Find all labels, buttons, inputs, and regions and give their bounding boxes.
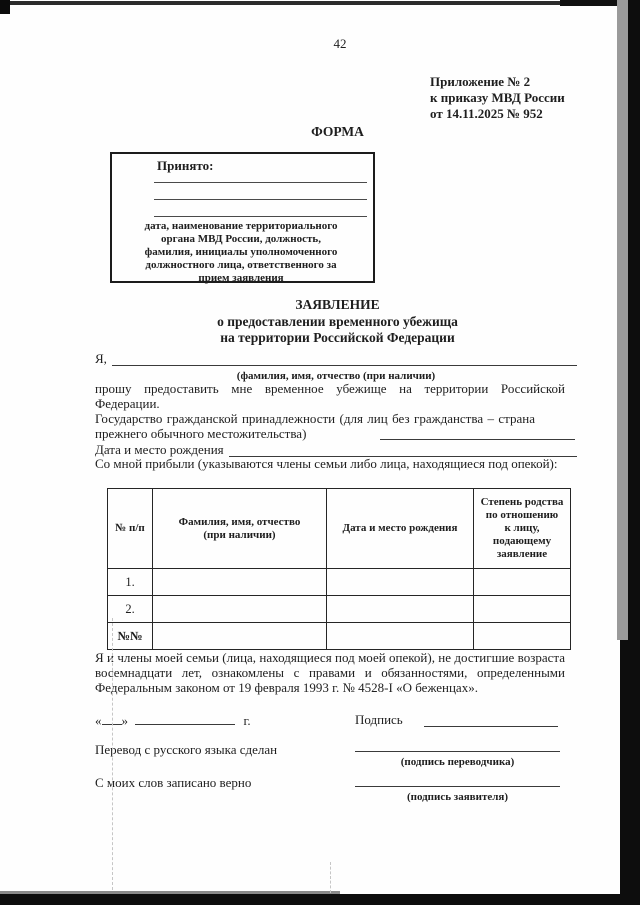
name-field-line bbox=[112, 351, 577, 366]
translator-caption: (подпись переводчика) bbox=[355, 756, 560, 769]
scan-edge-right-bottom bbox=[620, 640, 640, 905]
form-label: ФОРМА bbox=[90, 124, 585, 139]
appendix-line-2: к приказу МВД России bbox=[430, 90, 565, 106]
birth-field-line bbox=[229, 442, 577, 457]
scan-edge-right-gray bbox=[617, 0, 628, 640]
signature-field-line bbox=[424, 713, 558, 727]
scan-edge-right bbox=[628, 0, 640, 905]
application-title-line-2: о предоставлении временного убежища bbox=[90, 314, 585, 331]
empty-cell bbox=[153, 623, 327, 650]
request-paragraph: прошу предоставить мне временное убежище… bbox=[95, 381, 565, 411]
scan-edge-bottom bbox=[0, 894, 640, 905]
citizenship-field-line bbox=[380, 426, 575, 440]
translator-signature-line bbox=[355, 738, 560, 752]
empty-cell bbox=[474, 569, 571, 596]
header-cell-relation: Степень родства по отношению к лицу, под… bbox=[474, 489, 571, 569]
row-number-cell: 2. bbox=[108, 596, 153, 623]
arrived-paragraph: Со мной прибыли (указываются члены семьи… bbox=[95, 456, 565, 471]
date-day-line bbox=[102, 712, 122, 725]
empty-cell bbox=[327, 569, 474, 596]
accepted-blank-line-1 bbox=[154, 182, 367, 183]
appendix-line-3: от 14.11.2025 № 952 bbox=[430, 106, 565, 122]
acknowledgement-paragraph: Я и члены моей семьи (лица, находящиеся … bbox=[95, 650, 565, 695]
scan-edge-top bbox=[0, 1, 640, 5]
accepted-blank-line-2 bbox=[154, 199, 367, 200]
family-table-header-row: № п/п Фамилия, имя, отчество (при наличи… bbox=[108, 489, 571, 569]
family-table-row-2: 2. bbox=[108, 596, 571, 623]
header-cell-name: Фамилия, имя, отчество (при наличии) bbox=[153, 489, 327, 569]
row-number-cell: 1. bbox=[108, 569, 153, 596]
empty-cell bbox=[327, 596, 474, 623]
name-field-row: Я, bbox=[95, 350, 577, 366]
accepted-title: Принято: bbox=[157, 158, 213, 173]
applicant-signature-line bbox=[355, 773, 560, 787]
scan-edge-bottom-gray bbox=[0, 891, 340, 894]
scan-corner-mark bbox=[0, 0, 10, 14]
verbatim-label: С моих слов записано верно bbox=[95, 775, 251, 790]
family-table-row-1: 1. bbox=[108, 569, 571, 596]
header-cell-birth: Дата и место рождения bbox=[327, 489, 474, 569]
accepted-stamp-box: Принято: дата, наименование территориаль… bbox=[110, 152, 375, 283]
birth-field-row: Дата и место рождения bbox=[95, 441, 577, 457]
application-title: ЗАЯВЛЕНИЕ о предоставлении временного уб… bbox=[90, 297, 585, 347]
scanned-document-page: 42 Приложение № 2 к приказу МВД России о… bbox=[0, 0, 640, 905]
scan-edge-top-right bbox=[560, 0, 640, 6]
appendix-reference: Приложение № 2 к приказу МВД России от 1… bbox=[430, 74, 565, 122]
page-number: 42 bbox=[90, 36, 590, 51]
birth-label: Дата и место рождения bbox=[95, 442, 224, 457]
signature-label: Подпись bbox=[355, 712, 403, 727]
scan-fold-line-center bbox=[330, 862, 331, 893]
close-quote: » bbox=[122, 713, 129, 728]
applicant-caption: (подпись заявителя) bbox=[355, 791, 560, 804]
appendix-line-1: Приложение № 2 bbox=[430, 74, 565, 90]
empty-cell bbox=[153, 569, 327, 596]
accepted-caption: дата, наименование территориального орга… bbox=[136, 220, 346, 285]
empty-cell bbox=[153, 596, 327, 623]
empty-cell bbox=[474, 623, 571, 650]
empty-cell bbox=[474, 596, 571, 623]
translation-label: Перевод с русского языка сделан bbox=[95, 742, 277, 757]
family-table: № п/п Фамилия, имя, отчество (при наличи… bbox=[107, 488, 571, 650]
i-label: Я, bbox=[95, 351, 107, 366]
application-title-line-3: на территории Российской Федерации bbox=[90, 330, 585, 347]
header-cell-number: № п/п bbox=[108, 489, 153, 569]
date-month-line bbox=[135, 712, 235, 725]
family-table-row-3: №№ bbox=[108, 623, 571, 650]
accepted-blank-line-3 bbox=[154, 216, 367, 217]
empty-cell bbox=[327, 623, 474, 650]
row-number-cell: №№ bbox=[108, 623, 153, 650]
application-title-line-1: ЗАЯВЛЕНИЕ bbox=[90, 297, 585, 314]
date-field: «» г. bbox=[95, 712, 251, 728]
year-abbr: г. bbox=[244, 713, 251, 728]
